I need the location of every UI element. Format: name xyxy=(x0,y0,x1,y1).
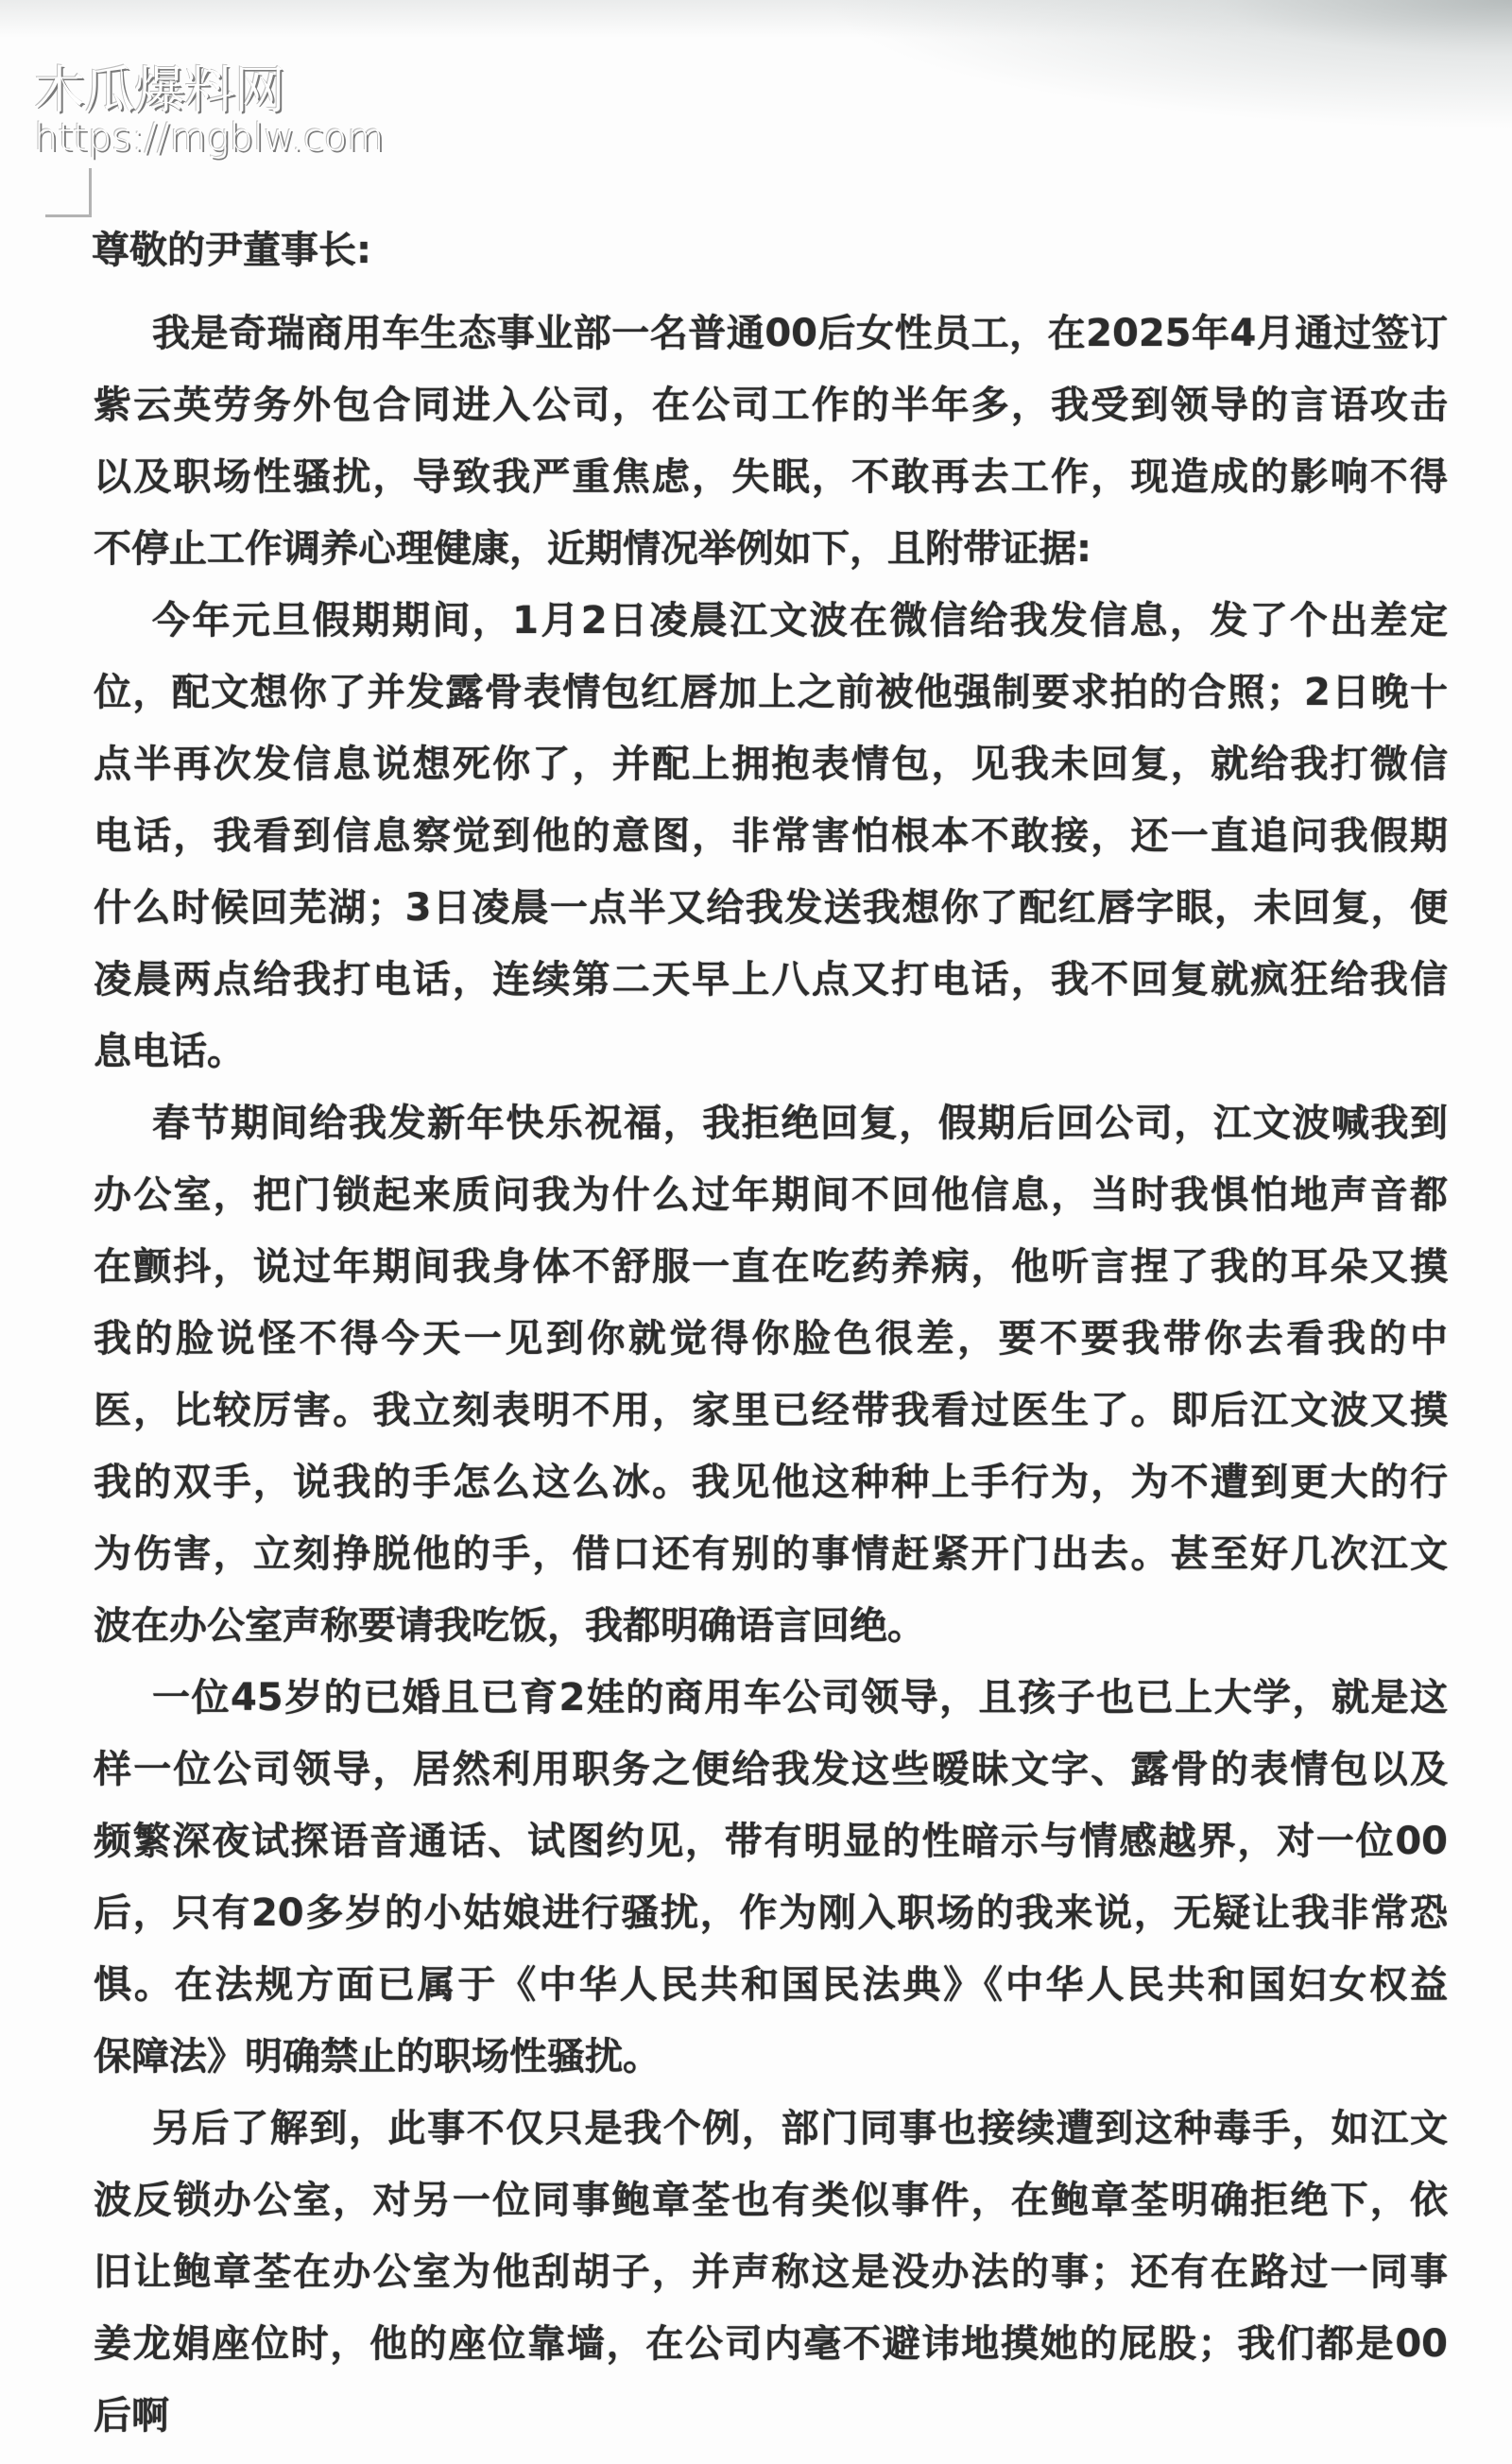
paragraph-line: 波反锁办公室，对另一位同事鲍章荃也有类似事件，在鲍章荃明确拒绝下，依 xyxy=(94,2165,1448,2236)
paragraph-line: 医，比较厉害。我立刻表明不用，家里已经带我看过医生了。即后江文波又摸 xyxy=(94,1375,1448,1446)
paragraph-line: 一位45岁的已婚且已育2娃的商用车公司领导，且孩子也已上大学，就是这 xyxy=(94,1662,1448,1734)
paragraph-line: 保障法》明确禁止的职场性骚扰。 xyxy=(94,2021,1448,2093)
paragraph-line: 以及职场性骚扰，导致我严重焦虑，失眠，不敢再去工作，现造成的影响不得 xyxy=(94,441,1448,513)
paragraph-line: 我的双手，说我的手怎么这么冰。我见他这种种上手行为，为不遭到更大的行 xyxy=(94,1446,1448,1518)
paragraph-2: 今年元旦假期期间，1月2日凌晨江文波在微信给我发信息，发了个出差定 位，配文想你… xyxy=(94,585,1448,1087)
paragraph-line: 后，只有20多岁的小姑娘进行骚扰，作为刚入职场的我来说，无疑让我非常恐 xyxy=(94,1877,1448,1949)
letter-salutation: 尊敬的尹董事长: xyxy=(92,214,371,286)
page-corner-mark-vertical xyxy=(89,168,92,217)
paragraph-line: 我的脸说怪不得今天一见到你就觉得你脸色很差，要不要我带你去看我的中 xyxy=(94,1303,1448,1375)
paragraph-line: 凌晨两点给我打电话，连续第二天早上八点又打电话，我不回复就疯狂给我信 xyxy=(94,944,1448,1016)
paragraph-5: 另后了解到，此事不仅只是我个例，部门同事也接续遭到这种毒手，如江文 波反锁办公室… xyxy=(94,2093,1448,2452)
paragraph-line: 不停止工作调养心理健康，近期情况举例如下，且附带证据: xyxy=(94,513,1448,585)
paragraph-line: 惧。在法规方面已属于《中华人民共和国民法典》《中华人民共和国妇女权益 xyxy=(94,1949,1448,2021)
photo-corner-shadow xyxy=(661,0,1512,161)
paragraph-line: 春节期间给我发新年快乐祝福，我拒绝回复，假期后回公司，江文波喊我到 xyxy=(94,1087,1448,1159)
watermark-site-url: https://mgblw.com xyxy=(34,117,384,159)
paragraph-line: 为伤害，立刻挣脱他的手，借口还有别的事情赶紧开门出去。甚至好几次江文 xyxy=(94,1518,1448,1590)
paragraph-line: 点半再次发信息说想死你了，并配上拥抱表情包，见我未回复，就给我打微信 xyxy=(94,728,1448,800)
paragraph-line: 位，配文想你了并发露骨表情包红唇加上之前被他强制要求拍的合照；2日晚十 xyxy=(94,657,1448,728)
paragraph-line: 样一位公司领导，居然利用职务之便给我发这些暧昧文字、露骨的表情包以及 xyxy=(94,1734,1448,1805)
paragraph-line: 另后了解到，此事不仅只是我个例，部门同事也接续遭到这种毒手，如江文 xyxy=(94,2093,1448,2165)
paragraph-line: 今年元旦假期期间，1月2日凌晨江文波在微信给我发信息，发了个出差定 xyxy=(94,585,1448,657)
paragraph-line: 波在办公室声称要请我吃饭，我都明确语言回绝。 xyxy=(94,1590,1448,1662)
paragraph-line: 我是奇瑞商用车生态事业部一名普通00后女性员工，在2025年4月通过签订 xyxy=(94,298,1448,369)
watermark-site-name: 木瓜爆料网 xyxy=(34,62,284,119)
letter-body: 我是奇瑞商用车生态事业部一名普通00后女性员工，在2025年4月通过签订 紫云英… xyxy=(94,298,1448,2452)
paragraph-line: 在颤抖，说过年期间我身体不舒服一直在吃药养病，他听言捏了我的耳朵又摸 xyxy=(94,1231,1448,1303)
paragraph-line: 紫云英劳务外包合同进入公司，在公司工作的半年多，我受到领导的言语攻击 xyxy=(94,369,1448,441)
paragraph-1: 我是奇瑞商用车生态事业部一名普通00后女性员工，在2025年4月通过签订 紫云英… xyxy=(94,298,1448,585)
paragraph-line: 办公室，把门锁起来质问我为什么过年期间不回他信息，当时我惧怕地声音都 xyxy=(94,1159,1448,1231)
paragraph-line: 旧让鲍章荃在办公室为他刮胡子，并声称这是没办法的事；还有在路过一同事 xyxy=(94,2236,1448,2308)
paragraph-3: 春节期间给我发新年快乐祝福，我拒绝回复，假期后回公司，江文波喊我到 办公室，把门… xyxy=(94,1087,1448,1662)
paragraph-line: 后啊 xyxy=(94,2380,1448,2452)
paragraph-line: 息电话。 xyxy=(94,1016,1448,1087)
page-corner-mark-horizontal xyxy=(45,214,92,217)
paragraph-4: 一位45岁的已婚且已育2娃的商用车公司领导，且孩子也已上大学，就是这 样一位公司… xyxy=(94,1662,1448,2093)
paragraph-line: 什么时候回芜湖；3日凌晨一点半又给我发送我想你了配红唇字眼，未回复，便 xyxy=(94,872,1448,944)
paragraph-line: 频繁深夜试探语音通话、试图约见，带有明显的性暗示与情感越界，对一位00 xyxy=(94,1805,1448,1877)
paragraph-line: 姜龙娟座位时，他的座位靠墙，在公司内毫不避讳地摸她的屁股；我们都是00 xyxy=(94,2308,1448,2380)
photo-top-shadow xyxy=(0,0,1512,38)
paragraph-line: 电话，我看到信息察觉到他的意图，非常害怕根本不敢接，还一直追问我假期 xyxy=(94,800,1448,872)
